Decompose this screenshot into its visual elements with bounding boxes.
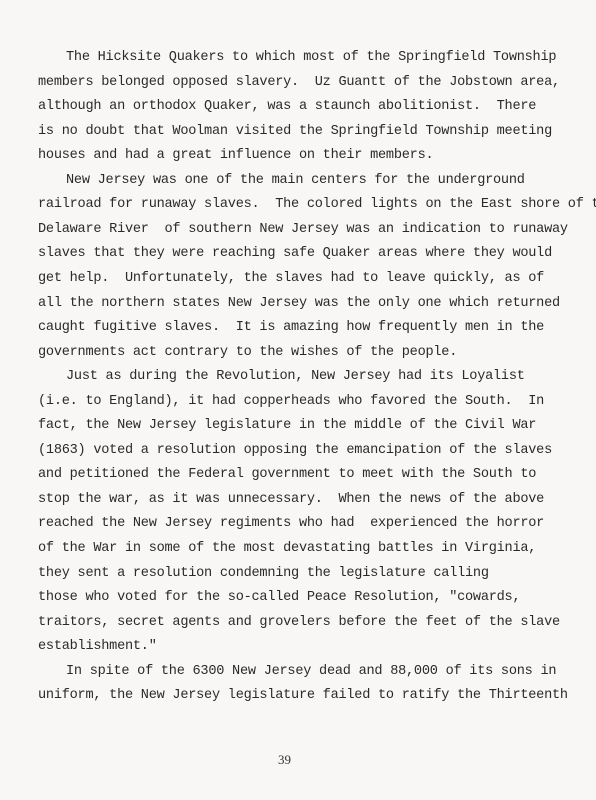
text-line: although an orthodox Quaker, was a staun… xyxy=(38,99,536,115)
text-line: caught fugitive slaves. It is amazing ho… xyxy=(38,320,544,336)
text-line: establishment." xyxy=(38,639,157,655)
text-line: In spite of the 6300 New Jersey dead and… xyxy=(66,664,556,680)
text-line: (1863) voted a resolution opposing the e… xyxy=(38,443,552,459)
text-line: Just as during the Revolution, New Jerse… xyxy=(66,369,525,385)
text-line: of the War in some of the most devastati… xyxy=(38,541,536,557)
text-line: (i.e. to England), it had copperheads wh… xyxy=(38,394,544,410)
text-line: houses and had a great influence on thei… xyxy=(38,148,433,164)
text-line: slaves that they were reaching safe Quak… xyxy=(38,246,552,262)
text-line: The Hicksite Quakers to which most of th… xyxy=(66,50,556,66)
page-number: 39 xyxy=(278,752,291,768)
text-line: all the northern states New Jersey was t… xyxy=(38,296,560,312)
text-line: those who voted for the so-called Peace … xyxy=(38,590,520,606)
text-line: get help. Unfortunately, the slaves had … xyxy=(38,271,544,287)
document-page: The Hicksite Quakers to which most of th… xyxy=(0,0,596,800)
text-line: members belonged opposed slavery. Uz Gua… xyxy=(38,75,560,91)
text-line: uniform, the New Jersey legislature fail… xyxy=(38,688,568,704)
text-line: fact, the New Jersey legislature in the … xyxy=(38,418,536,434)
text-line: governments act contrary to the wishes o… xyxy=(38,345,457,361)
text-line: railroad for runaway slaves. The colored… xyxy=(38,197,596,213)
text-line: they sent a resolution condemning the le… xyxy=(38,566,489,582)
text-line: Delaware River of southern New Jersey wa… xyxy=(38,222,568,238)
text-line: is no doubt that Woolman visited the Spr… xyxy=(38,124,552,140)
text-line: traitors, secret agents and grovelers be… xyxy=(38,615,560,631)
text-line: stop the war, as it was unnecessary. Whe… xyxy=(38,492,544,508)
text-line: New Jersey was one of the main centers f… xyxy=(66,173,525,189)
text-line: and petitioned the Federal government to… xyxy=(38,467,536,483)
text-line: reached the New Jersey regiments who had… xyxy=(38,516,544,532)
